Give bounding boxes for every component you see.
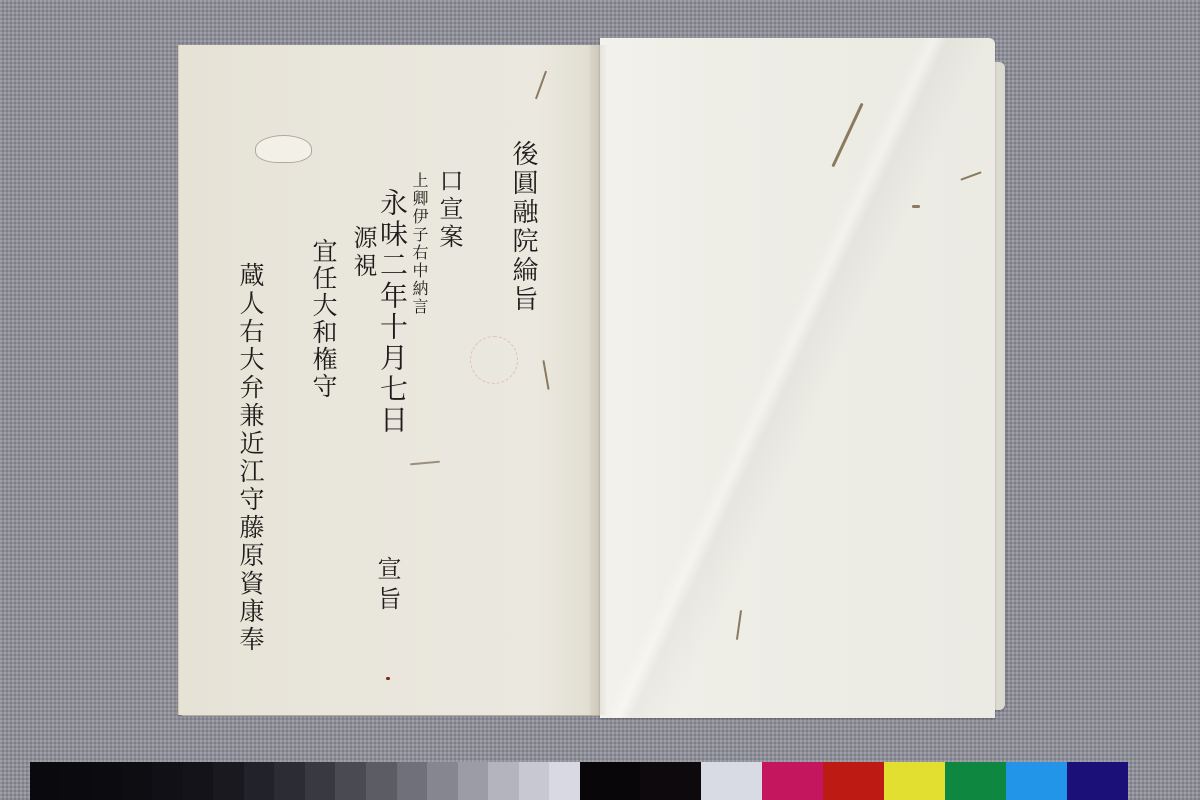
gray-patch — [30, 762, 61, 800]
gray-patch — [183, 762, 214, 800]
black-patch — [580, 762, 640, 800]
paper-damage-mark — [255, 135, 312, 163]
white-patch — [701, 762, 762, 800]
book-gutter — [590, 45, 608, 715]
gray-patch — [366, 762, 397, 800]
gray-patch — [152, 762, 183, 800]
gray-patch — [335, 762, 366, 800]
faint-seal-impression — [470, 336, 518, 384]
open-book: 後圓融院綸旨 口宣案 上卿伊子右中納言 永味二年十月七日 源視 宜任大和権守 蔵… — [0, 0, 1200, 800]
person-name: 源視 — [346, 225, 381, 281]
gray-patch — [549, 762, 580, 800]
blue-patch — [1067, 762, 1128, 800]
cyan-patch — [1006, 762, 1067, 800]
document-heading: 口宣案 — [432, 168, 467, 252]
gray-patch — [458, 762, 489, 800]
closing-line: 宣旨 — [370, 556, 405, 616]
gray-patch — [427, 762, 458, 800]
sender-line: 蔵人右大弁兼近江守藤原資康奉 — [232, 262, 268, 654]
green-patch — [945, 762, 1006, 800]
gray-patch — [122, 762, 153, 800]
gray-patch — [213, 762, 244, 800]
paper-fiber — [912, 205, 920, 208]
gray-patch — [244, 762, 275, 800]
gray-patch — [305, 762, 336, 800]
gray-patch — [397, 762, 428, 800]
gray-patch — [91, 762, 122, 800]
black-2-patch — [640, 762, 701, 800]
document-title: 後圓融院綸旨 — [505, 140, 542, 314]
gray-patch — [519, 762, 550, 800]
red-patch — [823, 762, 884, 800]
gray-patch — [274, 762, 305, 800]
appointment-line: 宜任大和権守 — [305, 238, 341, 400]
gray-patch — [61, 762, 92, 800]
gray-patch — [488, 762, 519, 800]
magenta-patch — [762, 762, 823, 800]
right-page — [600, 38, 995, 718]
yellow-patch — [884, 762, 945, 800]
color-calibration-bar — [30, 762, 1127, 800]
paper-fiber — [386, 677, 390, 680]
